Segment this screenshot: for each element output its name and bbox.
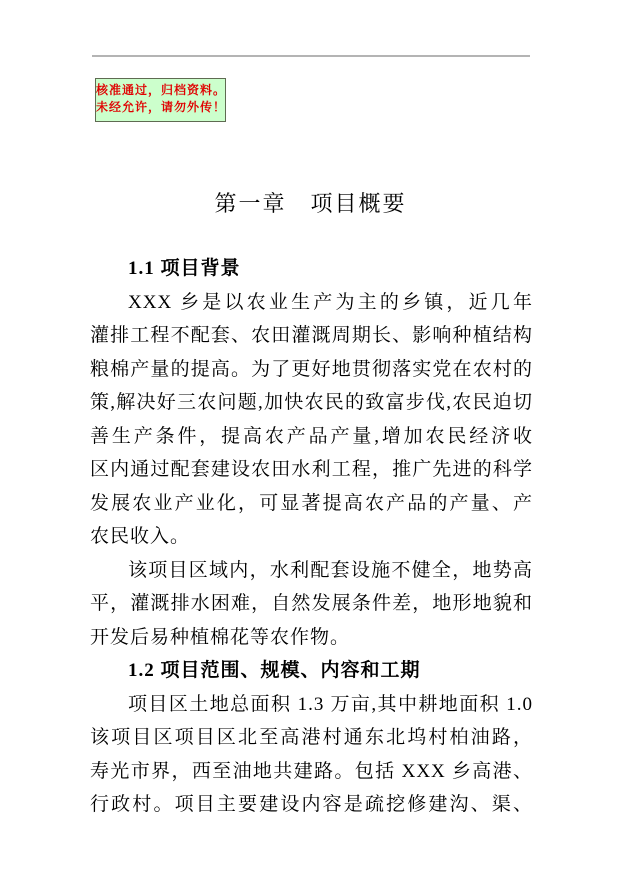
text-line: 该项目区域内，水利配套设施不健全，地势高洼不 xyxy=(90,554,533,588)
text-line: 粮棉产量的提高。为了更好地贯彻落实党在农村的各项政 xyxy=(90,353,533,387)
paragraph-project-background: XXX 乡是以农业生产为主的乡镇，近几年来，由于田间灌排工程不配套、农田灌溉周期… xyxy=(90,286,533,554)
section-heading-1-1: 1.1 项目背景 xyxy=(90,252,533,286)
header-rule xyxy=(92,55,530,57)
text-line: 发展农业产业化，可显著提高农产品的产量、产值，增加 xyxy=(90,487,533,521)
text-line: 农民收入。 xyxy=(90,520,533,554)
text-line: 该项目区项目区北至高港村通东北坞村柏油路，东、南至 xyxy=(90,721,533,755)
document-page: 核准通过，归档资料。 未经允许，请勿外传！ 第一章 项目概要 1.1 项目背景 … xyxy=(0,0,621,877)
text-line: 善生产条件，提高农产品产量,增加农民经济收入。在项目 xyxy=(90,420,533,454)
paragraph-project-scope: 项目区土地总面积 1.3 万亩,其中耕地面积 1.0 万亩，该项目区项目区北至高… xyxy=(90,688,533,822)
text-line: 寿光市界，西至油地共建路。包括 XXX 乡高港、杨宅 2 个 xyxy=(90,755,533,789)
text-line: 平，灌溉排水困难，自然发展条件差，地形地貌和土质经 xyxy=(90,587,533,621)
stamp-text-line-2: 未经允许，请勿外传！ xyxy=(96,99,225,116)
paragraph-project-area-conditions: 该项目区域内，水利配套设施不健全，地势高洼不平，灌溉排水困难，自然发展条件差，地… xyxy=(90,554,533,655)
stamp-text-line-1: 核准通过，归档资料。 xyxy=(96,82,225,99)
text-line: 行政村。项目主要建设内容是疏挖修建沟、渠、路，新建 xyxy=(90,788,533,822)
text-line: 项目区土地总面积 1.3 万亩,其中耕地面积 1.0 万亩， xyxy=(90,688,533,722)
section-heading-1-2: 1.2 项目范围、规模、内容和工期 xyxy=(90,654,533,688)
text-line: 开发后易种植棉花等农作物。 xyxy=(90,621,533,655)
approval-stamp: 核准通过，归档资料。 未经允许，请勿外传！ xyxy=(95,78,226,122)
chapter-title: 第一章 项目概要 xyxy=(0,190,621,218)
text-line: 区内通过配套建设农田水利工程，推广先进的科学技术， xyxy=(90,453,533,487)
text-line: 策,解决好三农问题,加快农民的致富步伐,农民迫切需要改 xyxy=(90,386,533,420)
text-line: XXX 乡是以农业生产为主的乡镇，近几年来，由于田间 xyxy=(90,286,533,320)
text-line: 灌排工程不配套、农田灌溉周期长、影响种植结构调整和 xyxy=(90,319,533,353)
document-body: 1.1 项目背景 XXX 乡是以农业生产为主的乡镇，近几年来，由于田间灌排工程不… xyxy=(90,252,533,822)
